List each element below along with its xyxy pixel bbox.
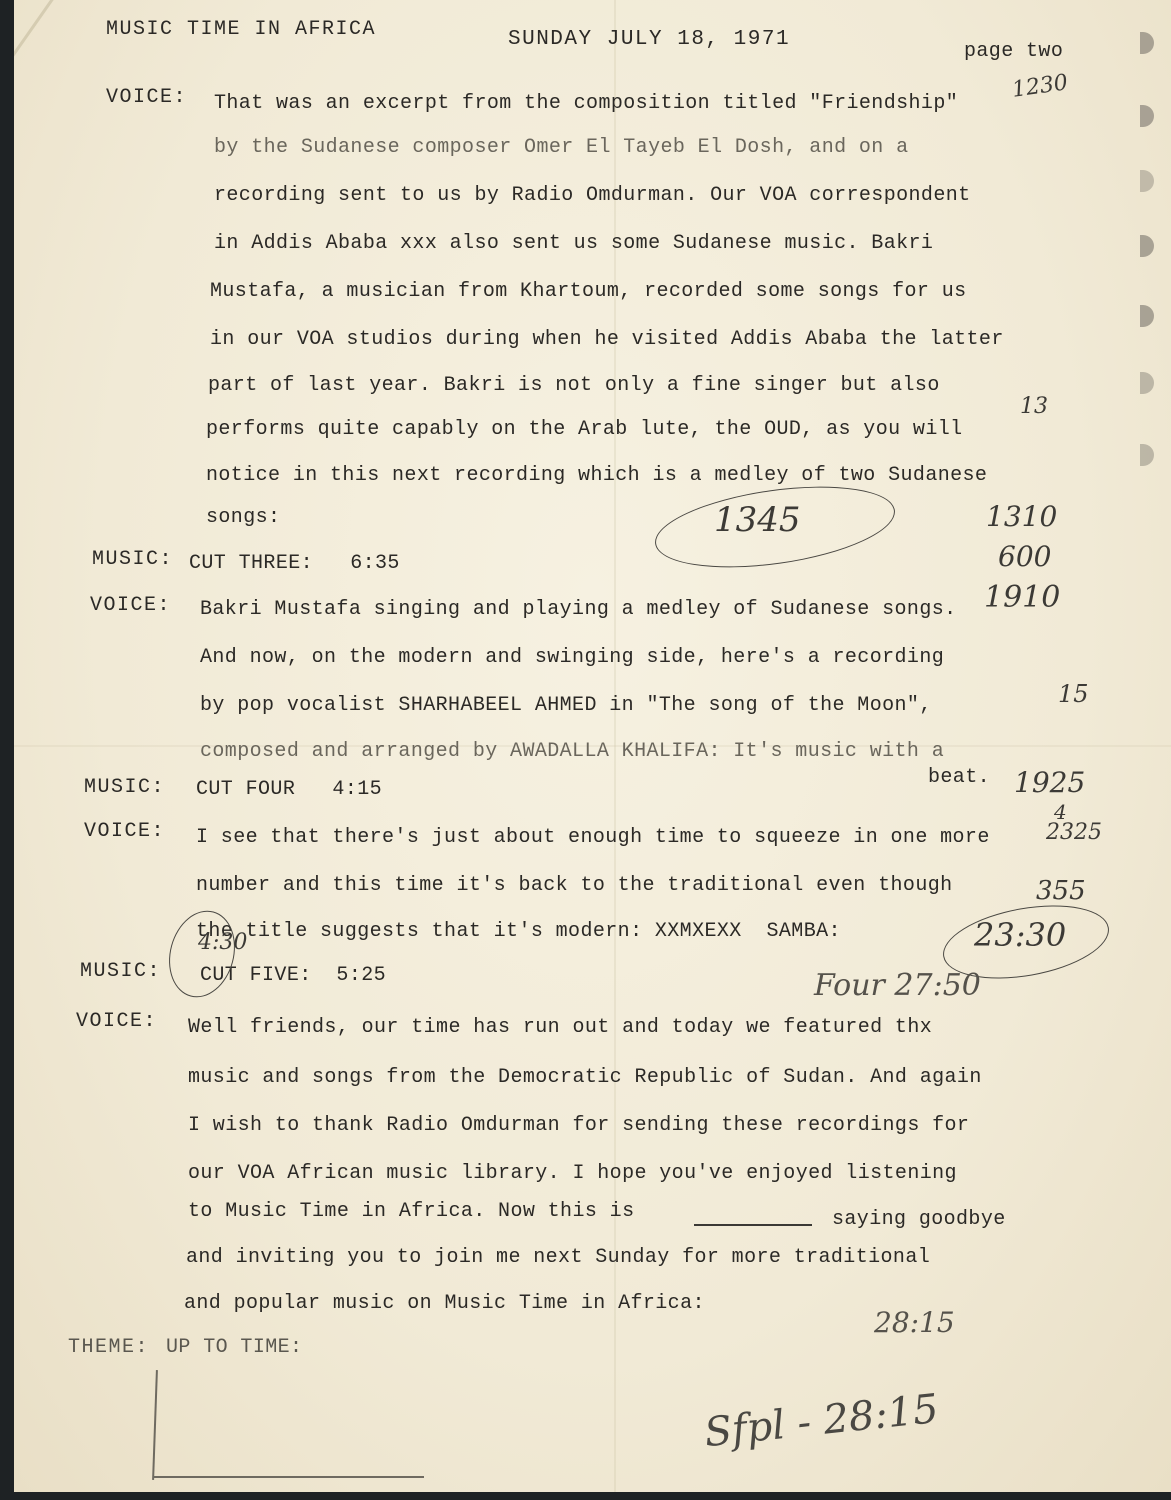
script-line: by the Sudanese composer Omer El Tayeb E… — [214, 136, 909, 159]
speaker-label: MUSIC: — [80, 960, 161, 983]
punch-hole — [1140, 444, 1154, 466]
punch-hole — [1140, 372, 1154, 394]
script-line: recording sent to us by Radio Omdurman. … — [214, 184, 971, 207]
page-number: page two — [964, 40, 1063, 63]
handwritten-note: 1910 — [984, 580, 1060, 615]
script-line: number and this time it's back to the tr… — [196, 874, 953, 897]
music-cue: CUT FOUR 4:15 — [196, 778, 382, 801]
music-cue: CUT THREE: 6:35 — [189, 552, 400, 575]
broadcast-date: SUNDAY JULY 18, 1971 — [508, 28, 790, 51]
handwritten-note: 15 — [1058, 680, 1089, 708]
speaker-label: MUSIC: — [92, 548, 173, 571]
script-line: our VOA African music library. I hope yo… — [188, 1162, 957, 1185]
script-line: composed and arranged by AWADALLA KHALIF… — [200, 740, 944, 763]
speaker-label: THEME: — [68, 1336, 149, 1359]
script-line: I wish to thank Radio Omdurman for sendi… — [188, 1114, 969, 1137]
punch-hole — [1140, 305, 1154, 327]
script-line: and inviting you to join me next Sunday … — [186, 1246, 930, 1269]
script-line: Well friends, our time has run out and t… — [188, 1016, 932, 1039]
handwritten-note: 600 — [998, 540, 1051, 573]
handwritten-note: 1925 — [1014, 766, 1085, 799]
speaker-label: VOICE: — [76, 1010, 157, 1033]
script-line: I see that there's just about enough tim… — [196, 826, 990, 849]
script-line: notice in this next recording which is a… — [206, 464, 987, 487]
script-line: That was an excerpt from the composition… — [214, 92, 958, 115]
script-line: Mustafa, a musician from Khartoum, recor… — [210, 280, 967, 303]
corner-crease — [14, 0, 66, 162]
theme-cue: UP TO TIME: — [166, 1336, 302, 1359]
script-line: beat. — [928, 766, 990, 789]
script-line: part of last year. Bakri is not only a f… — [208, 374, 940, 397]
handwritten-note: 1310 — [986, 500, 1057, 533]
speaker-label: VOICE: — [90, 594, 171, 617]
script-line: the title suggests that it's modern: XXM… — [196, 920, 841, 943]
handwritten-note: Four 27:50 — [814, 968, 981, 1003]
handwritten-note: 4:30 — [198, 930, 247, 955]
handwritten-note: 13 — [1020, 394, 1048, 419]
handwritten-note: 2325 — [1046, 820, 1102, 845]
speaker-label: VOICE: — [106, 86, 187, 109]
pencil-mark — [152, 1370, 158, 1480]
script-line: music and songs from the Democratic Repu… — [188, 1066, 982, 1089]
script-line: in Addis Ababa xxx also sent us some Sud… — [214, 232, 933, 255]
handwritten-note: 23:30 — [974, 916, 1066, 954]
speaker-label: VOICE: — [84, 820, 165, 843]
script-line: by pop vocalist SHARHABEEL AHMED in "The… — [200, 694, 932, 717]
punch-hole — [1140, 32, 1154, 54]
speaker-label: MUSIC: — [84, 776, 165, 799]
script-line: songs: — [206, 506, 280, 529]
script-line: saying goodbye — [832, 1208, 1006, 1231]
announcer-name-blank — [694, 1224, 812, 1226]
punch-hole — [1140, 105, 1154, 127]
handwritten-note: 1345 — [714, 500, 801, 540]
program-title: MUSIC TIME IN AFRICA — [106, 18, 376, 41]
script-line: And now, on the modern and swinging side… — [200, 646, 944, 669]
handwritten-note: 355 — [1036, 876, 1086, 906]
pencil-mark — [154, 1476, 424, 1478]
script-line: Bakri Mustafa singing and playing a medl… — [200, 598, 957, 621]
script-line: and popular music on Music Time in Afric… — [184, 1292, 705, 1315]
handwritten-signature: Sfpl - 28:15 — [702, 1386, 940, 1456]
script-line: to Music Time in Africa. Now this is — [188, 1200, 634, 1223]
script-page: MUSIC TIME IN AFRICA SUNDAY JULY 18, 197… — [14, 0, 1171, 1492]
punch-hole — [1140, 170, 1154, 192]
punch-hole — [1140, 235, 1154, 257]
script-line: performs quite capably on the Arab lute,… — [206, 418, 963, 441]
script-line: in our VOA studios during when he visite… — [210, 328, 1004, 351]
handwritten-note: 1230 — [1011, 70, 1070, 103]
handwritten-note: 28:15 — [874, 1306, 955, 1339]
